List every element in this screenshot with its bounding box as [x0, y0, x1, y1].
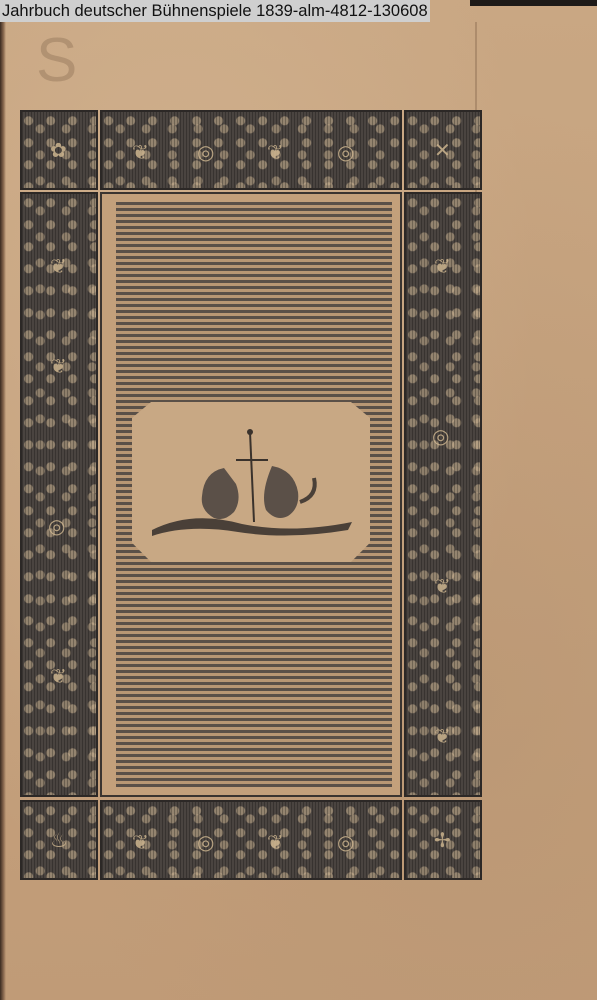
flower-basket-corner-icon: ✿	[20, 110, 98, 190]
left-ivy-band: ❦❦◎❦	[20, 192, 98, 797]
library-stamp-letter: S	[36, 30, 77, 92]
wheat-sheaf-corner-icon: ✕	[404, 110, 482, 190]
scan-edge-shadow	[0, 20, 6, 1000]
scan-top-edge	[470, 0, 597, 6]
crossed-torches-corner-icon: ✢	[404, 800, 482, 880]
bottom-ivy-band: ❦◎❦◎	[100, 800, 402, 880]
ornamental-border: ✿ ❦◎❦◎ ✕ ❦❦◎❦ ❦◎❦❦ ♨ ❦◎❦◎ ✢	[20, 110, 485, 880]
smoking-urn-corner-icon: ♨	[20, 800, 98, 880]
theatre-masks-icon	[132, 402, 370, 562]
masks-vignette	[132, 402, 370, 562]
right-ivy-band: ❦◎❦❦	[404, 192, 482, 797]
top-ivy-band: ❦◎❦◎	[100, 110, 402, 190]
image-title-label: Jahrbuch deutscher Bühnenspiele 1839-alm…	[0, 0, 430, 22]
